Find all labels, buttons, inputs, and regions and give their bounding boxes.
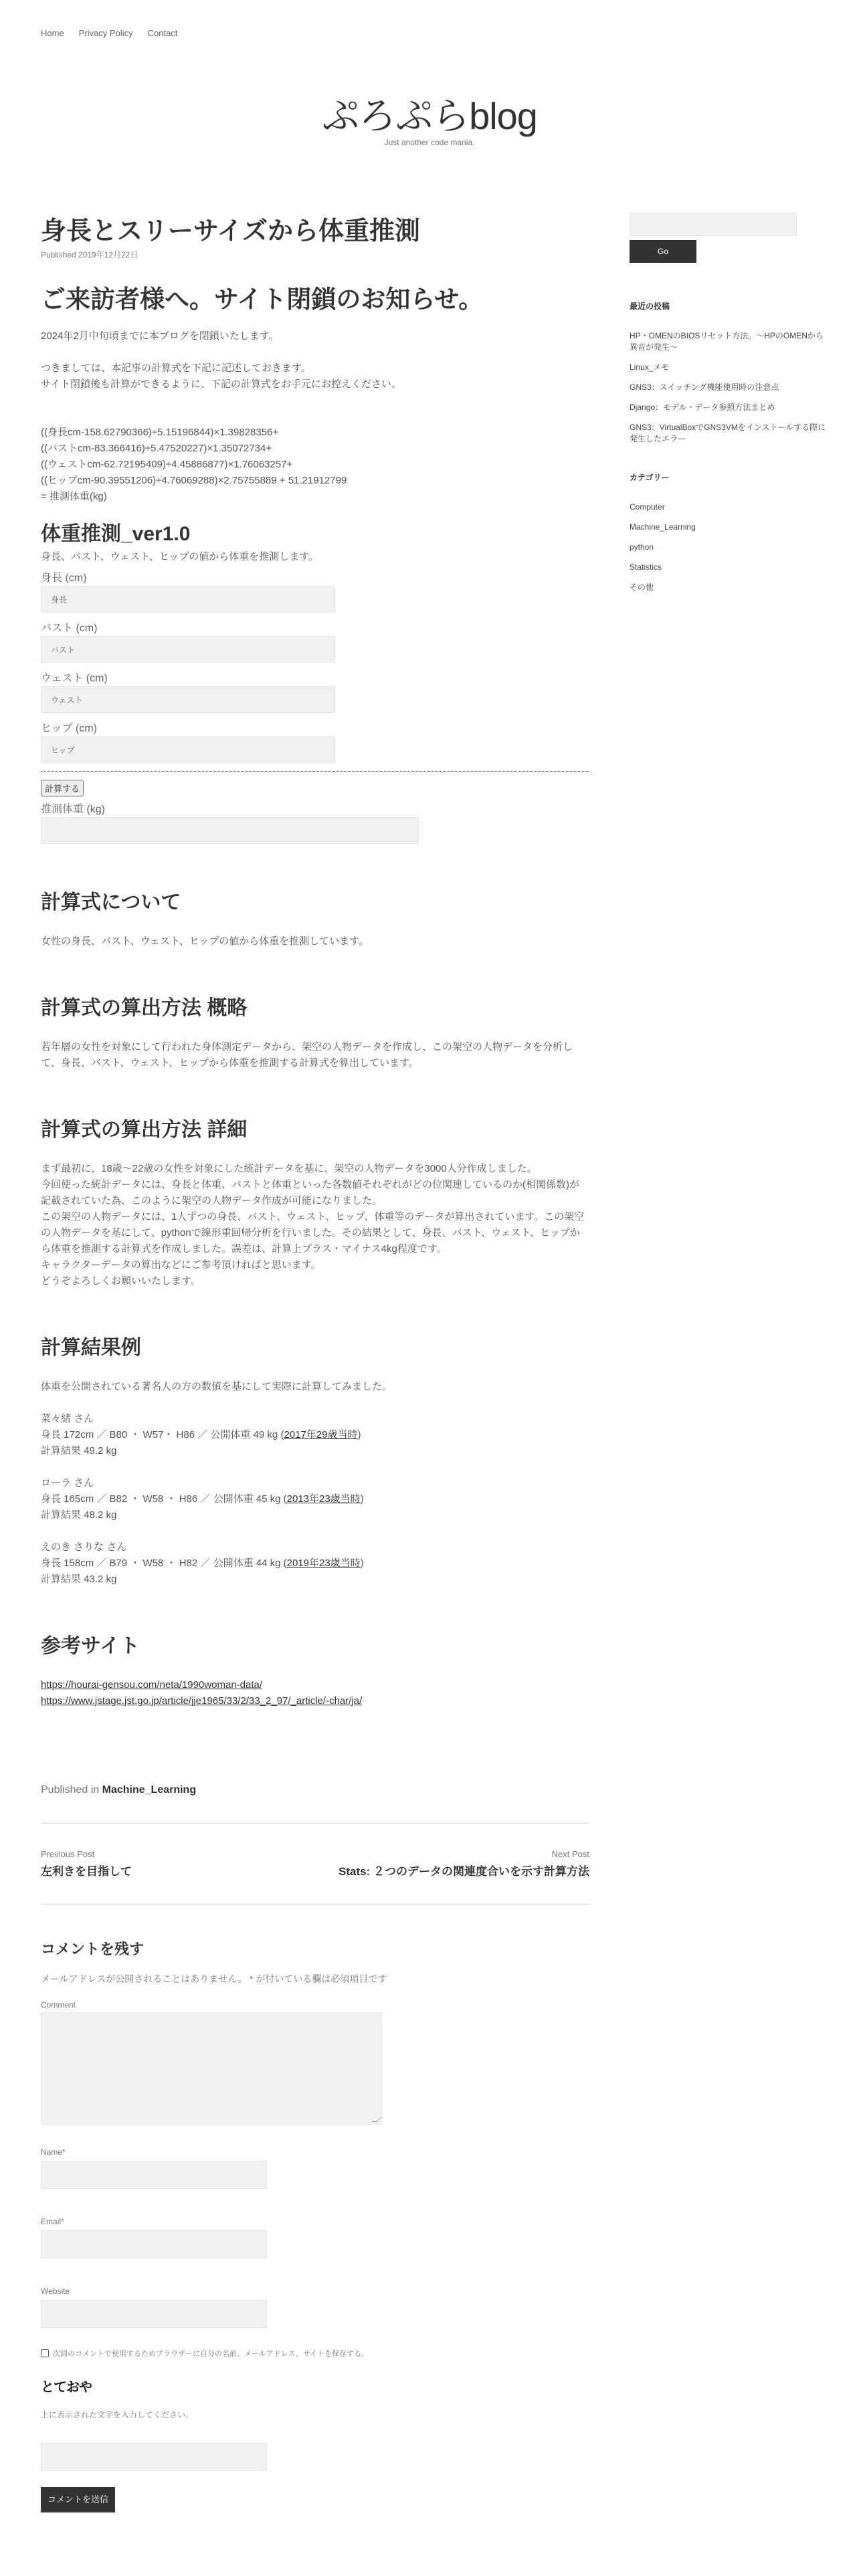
detail-p4: キャラクターデータの算出などにご参考頂ければと思います。 xyxy=(41,1257,589,1273)
example-source-link[interactable]: 2019年23歳当時 xyxy=(287,1558,361,1569)
example-name: 菜々緒 さん xyxy=(41,1411,589,1427)
calculator-heading: 体重推測_ver1.0 xyxy=(41,521,589,548)
previous-post[interactable]: Previous Post 左利きを目指して xyxy=(41,1849,132,1879)
next-post-title[interactable]: Stats: ２つのデータの関連度合いを示す計算方法 xyxy=(339,1862,589,1879)
closure-notice-text: 2024年2月中旬頃までに本ブログを閉鎖いたします。 xyxy=(41,328,589,344)
waist-label: ウェスト (cm) xyxy=(41,669,589,685)
comment-label: Comment xyxy=(41,2000,589,2010)
divider xyxy=(41,771,589,772)
sidebar: Go 最近の投稿 HP・OMENのBIOSリセット方法。〜HPのOMENから異音… xyxy=(630,213,830,602)
detail-p2: 今回使った統計データには、身長と体重、バストと体重といった各数値それぞれがどの位… xyxy=(41,1177,589,1209)
waist-placeholder: ウェスト xyxy=(51,694,83,706)
website-input[interactable] xyxy=(41,2300,267,2328)
detail-p5: どうぞよろしくお願いいたします。 xyxy=(41,1273,589,1289)
about-section: 計算式について 女性の身長、バスト、ウェスト、ヒップの値から体重を推測しています… xyxy=(41,889,589,950)
site-title[interactable]: ぷろぷらblog xyxy=(0,87,859,140)
detail-heading: 計算式の算出方法 詳細 xyxy=(41,1117,589,1144)
formula-line: ((ヒップcm-90.39551206)÷4.76069288)×2.75755… xyxy=(41,473,589,489)
recent-posts-list: HP・OMENのBIOSリセット方法。〜HPのOMENから異音が発生〜 Linu… xyxy=(630,330,830,445)
weight-calculator: 体重推測_ver1.0 身長、バスト、ウェスト、ヒップの値から体重を推測します。… xyxy=(41,521,589,844)
sidebar-search-input[interactable] xyxy=(630,213,797,236)
website-label: Website xyxy=(41,2286,589,2296)
about-heading: 計算式について xyxy=(41,889,589,916)
overview-heading: 計算式の算出方法 概略 xyxy=(41,995,589,1022)
example-stats: 身長 172cm ／ B80 ・ W57・ H86 ／ 公開体重 49 kg (… xyxy=(41,1427,589,1443)
comment-heading: コメントを残す xyxy=(41,1938,589,1959)
bust-placeholder: バスト xyxy=(51,644,75,655)
example-item: えのき さりな さん 身長 158cm ／ B79 ・ W58 ・ H82 ／ … xyxy=(41,1539,589,1588)
category-link[interactable]: Machine_Learning xyxy=(102,1784,196,1796)
category-link-statistics[interactable]: Statistics xyxy=(630,562,830,573)
resize-handle-icon[interactable] xyxy=(371,2117,382,2122)
category-link-python[interactable]: python xyxy=(630,542,830,553)
example-stats: 身長 158cm ／ B79 ・ W58 ・ H82 ／ 公開体重 44 kg … xyxy=(41,1555,589,1572)
comment-form: コメントを残す メールアドレスが公開されることはありません。 * が付いている欄… xyxy=(41,1938,589,2512)
example-item: 菜々緒 さん 身長 172cm ／ B80 ・ W57・ H86 ／ 公開体重 … xyxy=(41,1411,589,1459)
example-result: 計算結果 43.2 kg xyxy=(41,1572,589,1588)
calculator-description: 身長、バスト、ウェスト、ヒップの値から体重を推測します。 xyxy=(41,549,589,565)
post-navigation: Previous Post 左利きを目指して Next Post Stats: … xyxy=(41,1849,589,1879)
save-info-label[interactable]: 次回のコメントで使用するためブラウザーに自分の名前、メールアドレス、サイトを保存… xyxy=(53,2348,369,2359)
save-info-row: 次回のコメントで使用するためブラウザーに自分の名前、メールアドレス、サイトを保存… xyxy=(41,2348,589,2359)
top-nav: Home Privacy Policy Contact xyxy=(41,28,177,38)
height-label: 身長 (cm) xyxy=(41,569,589,584)
email-input[interactable] xyxy=(41,2230,267,2258)
recent-post-link[interactable]: GNS3：スイッチング機能使用時の注意点 xyxy=(630,382,830,393)
example-name: ローラ さん xyxy=(41,1475,589,1491)
formula-block: ((身長cm-158.62790366)÷5.15196844)×1.39828… xyxy=(41,425,589,505)
submit-comment-button[interactable]: コメントを送信 xyxy=(41,2487,115,2512)
example-result: 計算結果 49.2 kg xyxy=(41,1443,589,1459)
hip-placeholder: ヒップ xyxy=(51,744,75,756)
previous-post-label: Previous Post xyxy=(41,1849,132,1859)
previous-post-title[interactable]: 左利きを目指して xyxy=(41,1862,132,1879)
closure-notice-line1: つきましては、本記事の計算式を下記に記述しておきます。 xyxy=(41,360,589,377)
post-content: 身長とスリーサイズから体重推測 Published 2019年12月22日 ご来… xyxy=(41,215,589,2512)
formula-line: = 推測体重(kg) xyxy=(41,489,589,505)
email-label: Email* xyxy=(41,2217,589,2226)
categories-heading: カテゴリー xyxy=(630,471,830,483)
recent-posts-heading: 最近の投稿 xyxy=(630,300,830,312)
waist-input[interactable]: ウェスト xyxy=(41,686,335,713)
result-label: 推測体重 (kg) xyxy=(41,800,589,816)
category-link-computer[interactable]: Computer xyxy=(630,502,830,513)
nav-privacy-policy-link[interactable]: Privacy Policy xyxy=(79,28,133,38)
recent-post-link[interactable]: Linux_メモ xyxy=(630,362,830,373)
divider xyxy=(41,1904,589,1905)
hip-label: ヒップ (cm) xyxy=(41,720,589,735)
result-output[interactable] xyxy=(41,817,419,844)
reference-link[interactable]: https://www.jstage.jst.go.jp/article/jje… xyxy=(41,1695,362,1707)
references-section: 参考サイト https://hourai-gensou.com/neta/199… xyxy=(41,1633,589,1709)
example-item: ローラ さん 身長 165cm ／ B82 ・ W58 ・ H86 ／ 公開体重… xyxy=(41,1475,589,1523)
published-date: Published 2019年12月22日 xyxy=(41,249,589,260)
post-category-meta: Published in Machine_Learning xyxy=(41,1784,589,1796)
example-result: 計算結果 48.2 kg xyxy=(41,1507,589,1523)
formula-line: ((バストcm-83.366416)÷5.47520227)×1.3507273… xyxy=(41,441,589,457)
submit-row: コメントを送信 xyxy=(41,2487,589,2512)
category-link-machine-learning[interactable]: Machine_Learning xyxy=(630,522,830,533)
categories-list: Computer Machine_Learning python Statist… xyxy=(630,502,830,593)
examples-heading: 計算結果例 xyxy=(41,1335,589,1362)
overview-text: 若年層の女性を対象にして行われた身体測定データから、架空の人物データを作成し、こ… xyxy=(41,1039,589,1071)
examples-intro: 体重を公開されている著名人の方の数値を基にして実際に計算してみました。 xyxy=(41,1379,589,1395)
captcha-instruction: 上に表示された文字を入力してください。 xyxy=(41,2409,589,2420)
nav-home-link[interactable]: Home xyxy=(41,28,64,38)
example-name: えのき さりな さん xyxy=(41,1539,589,1555)
nav-contact-link[interactable]: Contact xyxy=(148,28,178,38)
about-text: 女性の身長、バスト、ウェスト、ヒップの値から体重を推測しています。 xyxy=(41,934,589,950)
divider xyxy=(41,1823,589,1824)
calculate-button[interactable]: 計算する xyxy=(41,780,84,796)
recent-post-link[interactable]: Django：モデル・データ参照方法まとめ xyxy=(630,402,830,413)
examples-section: 計算結果例 体重を公開されている著名人の方の数値を基にして実際に計算してみました… xyxy=(41,1335,589,1588)
name-label: Name* xyxy=(41,2147,589,2157)
post-title: 身長とスリーサイズから体重推測 xyxy=(41,215,589,247)
comment-note: メールアドレスが公開されることはありません。 * が付いている欄は必須項目です xyxy=(41,1971,589,1987)
detail-p3: この架空の人物データには、1人ずつの身長、バスト、ウェスト、ヒップ、体重等のデー… xyxy=(41,1209,589,1257)
example-stats: 身長 165cm ／ B82 ・ W58 ・ H86 ／ 公開体重 45 kg … xyxy=(41,1491,589,1507)
save-info-checkbox[interactable] xyxy=(41,2349,49,2357)
references-heading: 参考サイト xyxy=(41,1633,589,1660)
detail-section: 計算式の算出方法 詳細 まず最初に、18歳〜22歳の女性を対象にした統計データを… xyxy=(41,1117,589,1289)
comment-textarea[interactable] xyxy=(41,2012,382,2125)
name-input[interactable] xyxy=(41,2161,267,2189)
closure-notice-heading: ご来訪者様へ。サイト閉鎖のお知らせ。 xyxy=(41,283,589,316)
bust-label: バスト (cm) xyxy=(41,619,589,635)
category-link-other[interactable]: その他 xyxy=(630,582,830,593)
sidebar-search-button[interactable]: Go xyxy=(630,240,696,263)
example-source-link[interactable]: 2017年29歳当時 xyxy=(284,1429,357,1440)
closure-notice-line2: サイト閉鎖後も計算ができるように、下記の計算式をお手元にお控えください。 xyxy=(41,377,589,393)
site-tagline: Just another code mania. xyxy=(0,138,859,147)
bust-input[interactable]: バスト xyxy=(41,636,335,663)
formula-line: ((身長cm-158.62790366)÷5.15196844)×1.39828… xyxy=(41,425,589,441)
recent-post-link[interactable]: HP・OMENのBIOSリセット方法。〜HPのOMENから異音が発生〜 xyxy=(630,330,830,353)
detail-p1: まず最初に、18歳〜22歳の女性を対象にした統計データを基に、架空の人物データを… xyxy=(41,1161,589,1177)
next-post[interactable]: Next Post Stats: ２つのデータの関連度合いを示す計算方法 xyxy=(339,1849,589,1879)
hip-input[interactable]: ヒップ xyxy=(41,736,335,763)
reference-link[interactable]: https://hourai-gensou.com/neta/1990woman… xyxy=(41,1679,262,1691)
formula-line: ((ウェストcm-62.72195409)÷4.45886877)×1.7606… xyxy=(41,457,589,473)
example-source-link[interactable]: 2013年23歳当時 xyxy=(287,1493,361,1505)
height-input[interactable]: 身長 xyxy=(41,586,335,613)
next-post-label: Next Post xyxy=(339,1849,589,1859)
recent-post-link[interactable]: GNS3：VirtualBoxでGNS3VMをインストールする際に発生したエラー xyxy=(630,422,830,445)
captcha-input[interactable] xyxy=(41,2443,267,2471)
published-in-label: Published in xyxy=(41,1784,102,1796)
height-placeholder: 身長 xyxy=(51,594,67,605)
captcha-image: とておや xyxy=(41,2376,589,2395)
overview-section: 計算式の算出方法 概略 若年層の女性を対象にして行われた身体測定データから、架空… xyxy=(41,995,589,1071)
